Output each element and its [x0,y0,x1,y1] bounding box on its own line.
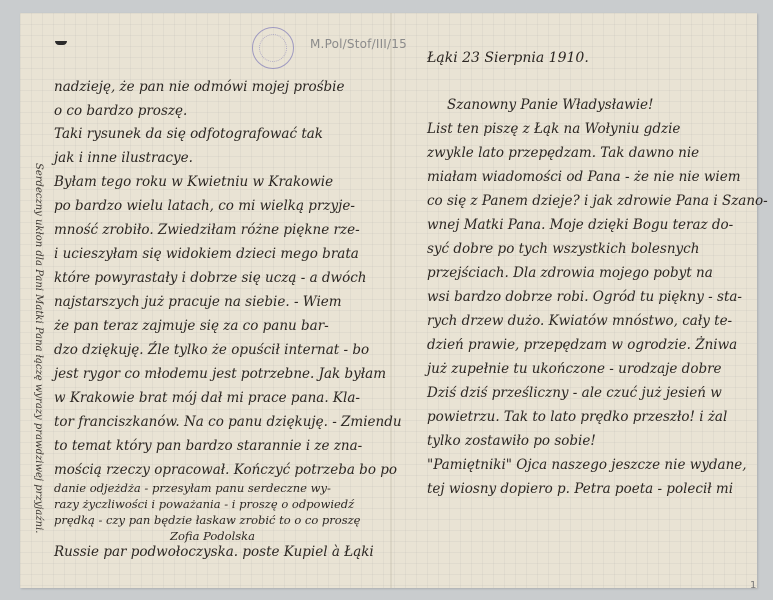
letter-date: Łąki 23 Sierpnia 1910. [427,51,589,65]
letter-line: mością rzeczy opracował. Kończyć potrzeb… [54,464,397,478]
letter-line: Taki rysunek da się odfotografować tak [54,128,323,142]
binding-hole [55,41,67,45]
letter-line: tylko zostawiło po sobie! [427,435,596,449]
letter-line: zwykle lato przepędzam. Tak dawno nie [427,147,699,161]
letter-line: dzo dziękuję. Źle tylko że opuścił inter… [54,344,369,358]
letter-signature: Zofia Podolska [170,531,255,543]
letter-line: najstarszych już pracuje na siebie. - Wi… [54,296,342,310]
letter-line: to temat który pan bardzo starannie i ze… [54,440,362,454]
letter-line: Byłam tego roku w Kwietniu w Krakowie [54,176,333,190]
center-fold [390,13,392,588]
letter-line: jest rygor co młodemu jest potrzebne. Ja… [54,368,386,382]
letter-line: i ucieszyłam się widokiem dzieci mego br… [54,248,359,262]
library-stamp-icon [252,27,294,69]
letter-line: prędką - czy pan będzie łaskaw zrobić to… [54,515,360,527]
letter-line: powietrzu. Tak to lato prędko przeszło! … [427,411,727,425]
letter-line: po bardzo wielu latach, co mi wielką prz… [54,200,355,214]
letter-line: danie odjeżdża - przesyłam panu serdeczn… [54,483,331,495]
letter-line: jak i inne ilustracye. [54,152,193,166]
letter-line: tor franciszkanów. Na co panu dziękuję. … [54,416,402,430]
letter-line: które powyrastały i dobrze się uczą - a … [54,272,367,286]
letter-line: Dziś dziś prześliczny - ale czuć już jes… [427,387,722,401]
letter-line: tej wiosny dopiero p. Petra poeta - pole… [427,483,733,497]
letter-line: "Pamiętniki" Ojca naszego jeszcze nie wy… [427,459,747,473]
letter-line: wsi bardzo dobrze robi. Ogród tu piękny … [427,291,742,305]
margin-note: Serdeczny ukłon dla Pani Matki Pana łącz… [33,163,44,533]
letter-line: przejściach. Dla zdrowia mojego pobyt na [427,267,713,281]
letter-line: co się z Panem dzieje? i jak zdrowie Pan… [427,195,768,209]
letter-line: mność zrobiło. Zwiedziłam różne piękne r… [54,224,360,238]
sender-address: Russie par podwołoczyska. poste Kupiel à… [54,546,374,560]
letter-line: że pan teraz zajmuje się za co panu bar- [54,320,329,334]
letter-line: o co bardzo proszę. [54,105,187,119]
letter-line: miałam wiadomości od Pana - że nie nie w… [427,171,741,185]
letter-line: rych drzew dużo. Kwiatów mnóstwo, cały t… [427,315,732,329]
letter-line: List ten piszę z Łąk na Wołyniu gdzie [427,123,680,137]
letter-salutation: Szanowny Panie Władysławie! [447,99,653,113]
letter-sheet: M.Pol/Stof/III/15 Serdeczny ukłon dla Pa… [20,13,757,588]
page-number: 1 [750,580,756,591]
letter-line: syć dobre po tych wszystkich bolesnych [427,243,699,257]
letter-line: już zupełnie tu ukończone - urodzaje dob… [427,363,722,377]
letter-line: nadzieję, że pan nie odmówi mojej prośbi… [54,81,344,95]
letter-line: w Krakowie brat mój dał mi prace pana. K… [54,392,360,406]
archive-signature: M.Pol/Stof/III/15 [310,37,407,51]
letter-line: dzień prawie, przepędzam w ogrodzie. Żni… [427,339,737,353]
letter-line: wnej Matki Pana. Moje dzięki Bogu teraz … [427,219,733,233]
letter-line: razy życzliwości i poważania - i proszę … [54,499,354,511]
